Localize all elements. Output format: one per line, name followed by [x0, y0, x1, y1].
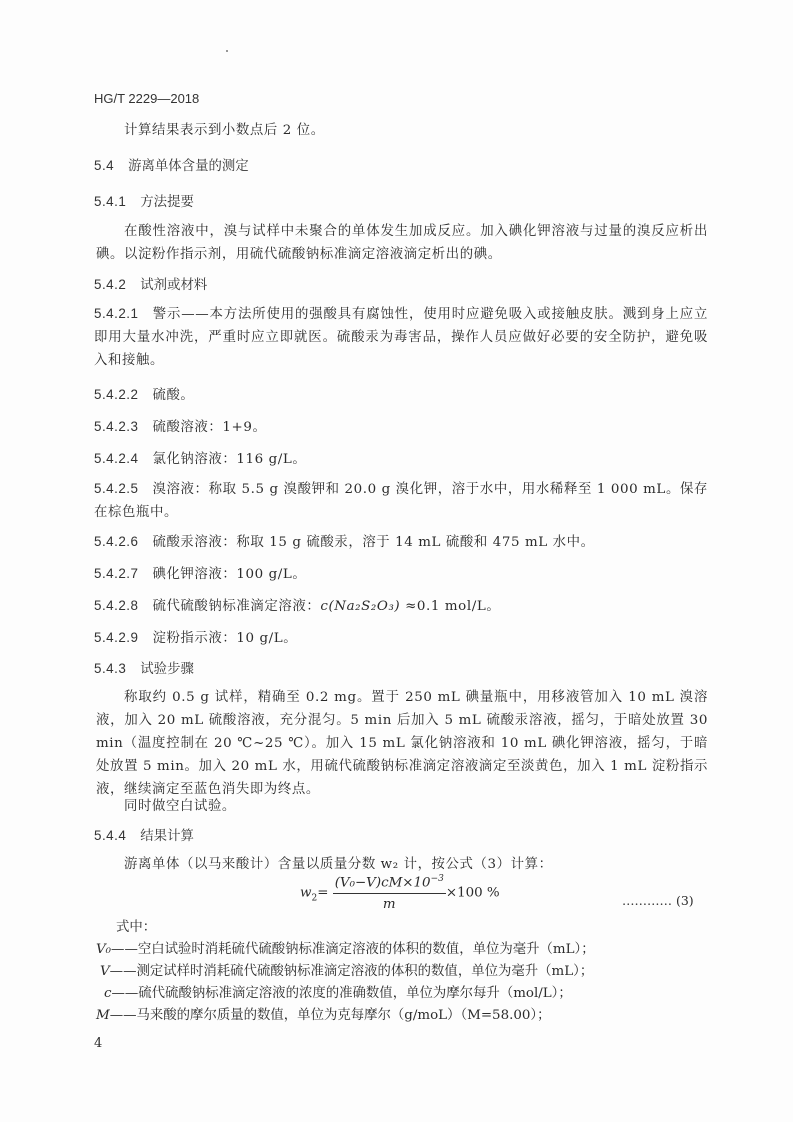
definition-text: ——马来酸的摩尔质量的数值，单位为克每摩尔（g/moL）（M=58.00）；	[110, 1008, 551, 1023]
section-number: 5.4.3	[94, 661, 126, 676]
reagent-item: 5.4.2.4氯化钠溶液：116 g/L。	[94, 447, 306, 471]
numerator-text: (V₀−V)cM×10	[335, 875, 431, 890]
definition-symbol: c	[104, 986, 112, 1001]
definition-row: V₀——空白试验时消耗硫代硫酸钠标准滴定溶液的体积的数值，单位为毫升（mL）；	[96, 939, 595, 961]
reagent-number: 5.4.2.2	[94, 383, 138, 406]
reagent-number: 5.4.2.8	[94, 594, 138, 617]
procedure-paragraph: 称取约 0.5 g 试样，精确至 0.2 mg。置于 250 mL 碘量瓶中，用…	[96, 686, 708, 801]
reagent-item: 5.4.2.5溴溶液：称取 5.5 g 溴酸钾和 20.0 g 溴化钾，溶于水中…	[94, 477, 708, 524]
section-number: 5.4.4	[94, 828, 126, 843]
section-number: 5.4	[94, 158, 114, 173]
definition-text: ——测定试样时消耗硫代硫酸钠标准滴定溶液的体积的数值，单位为毫升（mL）；	[110, 964, 594, 979]
reagent-item: 5.4.2.7碘化钾溶液：100 g/L。	[94, 562, 306, 586]
reagent-item: 5.4.2.8硫代硫酸钠标准滴定溶液：c(Na₂S₂O₃) ≈0.1 mol/L…	[94, 594, 500, 618]
reagent-item: 5.4.2.6硫酸汞溶液：称取 15 g 硫酸汞，溶于 14 mL 硫酸和 47…	[94, 530, 595, 554]
reagent-number: 5.4.2.4	[94, 447, 138, 470]
standard-code-header: HG/T 2229—2018	[94, 91, 199, 106]
definition-text: ——硫代硫酸钠标准滴定溶液的浓度的准确数值，单位为摩尔每升（mol/L）；	[112, 986, 572, 1001]
concentration-formula: c(Na₂S₂O₃)	[320, 599, 400, 614]
section-5-4-3-heading: 5.4.3试验步骤	[94, 658, 194, 677]
calculation-lead: 游离单体（以马来酸计）含量以质量分数 w₂ 计，按公式（3）计算：	[96, 853, 708, 876]
where-label: 式中：	[116, 917, 595, 939]
intro-paragraph: 计算结果表示到小数点后 2 位。	[96, 119, 708, 142]
reagent-text: 溴溶液：称取 5.5 g 溴酸钾和 20.0 g 溴化钾，溶于水中，用水稀释至 …	[94, 482, 708, 520]
numerator-exponent: −3	[431, 874, 444, 884]
definition-symbol: M	[96, 1008, 110, 1023]
section-5-4-1-heading: 5.4.1方法提要	[94, 191, 194, 210]
document-page: HG/T 2229—2018 计算结果表示到小数点后 2 位。 5.4游离单体含…	[0, 0, 793, 1122]
section-5-4-heading: 5.4游离单体含量的测定	[94, 155, 249, 174]
section-title: 试验步骤	[140, 662, 194, 677]
reagent-text: 硫代硫酸钠标准滴定溶液：	[152, 599, 320, 614]
reagent-number: 5.4.2.7	[94, 562, 138, 585]
scan-speck	[226, 50, 228, 52]
formula-numerator: (V₀−V)cM×10−3	[333, 874, 446, 894]
blank-test-paragraph: 同时做空白试验。	[96, 795, 708, 818]
reagent-number: 5.4.2.5	[94, 477, 138, 500]
reagent-text: 硫酸溶液：1+9。	[152, 420, 266, 435]
section-5-4-2-heading: 5.4.2试剂或材料	[94, 274, 207, 293]
page-number: 4	[94, 1036, 102, 1051]
section-5-4-4-heading: 5.4.4结果计算	[94, 825, 194, 844]
reagent-value: ≈0.1 mol/L。	[405, 599, 500, 614]
reagent-number: 5.4.2.6	[94, 530, 138, 553]
reagent-number: 5.4.2.3	[94, 415, 138, 438]
definition-text: ——空白试验时消耗硫代硫酸钠标准滴定溶液的体积的数值，单位为毫升（mL）；	[111, 942, 595, 957]
reagent-text: 警示——本方法所使用的强酸具有腐蚀性，使用时应避免吸入或接触皮肤。溅到身上应立即…	[94, 307, 708, 368]
formula-tail: ×100 %	[446, 886, 500, 901]
section-title: 方法提要	[140, 195, 194, 210]
definition-symbol: V₀	[96, 942, 111, 957]
reagent-text: 硫酸汞溶液：称取 15 g 硫酸汞，溶于 14 mL 硫酸和 475 mL 水中…	[152, 535, 594, 550]
equation-number: ………… (3)	[622, 893, 694, 908]
reagent-item: 5.4.2.9淀粉指示液：10 g/L。	[94, 626, 297, 650]
formula-lhs: w	[300, 886, 311, 901]
definition-row: V——测定试样时消耗硫代硫酸钠标准滴定溶液的体积的数值，单位为毫升（mL）；	[100, 961, 595, 983]
section-number: 5.4.1	[94, 194, 126, 209]
section-number: 5.4.2	[94, 277, 126, 292]
reagent-item: 5.4.2.2硫酸。	[94, 383, 194, 407]
formula-equals: =	[317, 886, 328, 901]
section-title: 试剂或材料	[140, 278, 207, 293]
reagent-text: 碘化钾溶液：100 g/L。	[152, 567, 306, 582]
reagent-item: 5.4.2.3硫酸溶液：1+9。	[94, 415, 266, 439]
reagent-text: 氯化钠溶液：116 g/L。	[152, 452, 306, 467]
result-formula: w2= (V₀−V)cM×10−3 m ×100 %	[300, 874, 500, 912]
reagent-number: 5.4.2.1	[94, 302, 138, 325]
reagent-text: 淀粉指示液：10 g/L。	[152, 631, 297, 646]
definition-symbol: V	[100, 964, 110, 979]
reagent-text: 硫酸。	[152, 388, 194, 403]
reagent-item: 5.4.2.1警示——本方法所使用的强酸具有腐蚀性，使用时应避免吸入或接触皮肤。…	[94, 302, 708, 372]
variable-definitions: 式中： V₀——空白试验时消耗硫代硫酸钠标准滴定溶液的体积的数值，单位为毫升（m…	[116, 917, 595, 1027]
reagent-number: 5.4.2.9	[94, 626, 138, 649]
method-summary-paragraph: 在酸性溶液中，溴与试样中未聚合的单体发生加成反应。加入碘化钾溶液与过量的溴反应析…	[96, 220, 708, 266]
definition-row: c——硫代硫酸钠标准滴定溶液的浓度的准确数值，单位为摩尔每升（mol/L）；	[104, 983, 595, 1005]
formula-fraction: (V₀−V)cM×10−3 m	[333, 874, 446, 912]
section-title: 结果计算	[140, 829, 194, 844]
section-title: 游离单体含量的测定	[128, 159, 249, 174]
formula-denominator: m	[333, 894, 446, 912]
definition-row: M——马来酸的摩尔质量的数值，单位为克每摩尔（g/moL）（M=58.00）；	[96, 1005, 595, 1027]
